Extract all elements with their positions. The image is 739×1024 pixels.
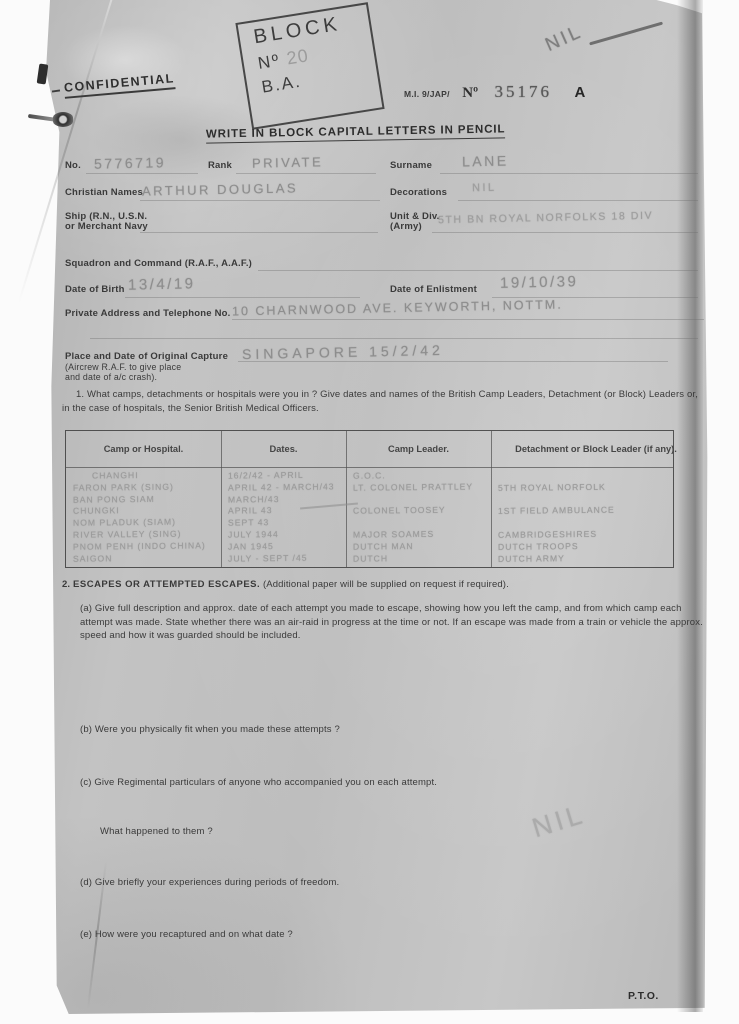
case-suffix: A <box>574 84 585 101</box>
mi9-label: M.I. 9/JAP/ <box>404 89 450 99</box>
rule-line <box>258 270 698 271</box>
rule-line <box>238 361 668 362</box>
question-2b-key: (b) <box>80 724 92 735</box>
table-header-dates: Dates. <box>221 431 346 467</box>
section-2-heading: 2. ESCAPES OR ATTEMPTED ESCAPES. (Additi… <box>62 578 707 592</box>
table-cell: DUTCH ARMY <box>491 552 673 566</box>
rule-line <box>140 200 380 201</box>
question-1-number: 1. <box>76 389 84 400</box>
field-label-squadron: Squadron and Command (R.A.F., A.A.F.) <box>65 258 252 269</box>
field-label-capture-3: and date of a/c crash). <box>65 372 157 382</box>
table-cell: LT. COLONEL PRATTLEY <box>346 481 491 494</box>
stamp-no-value-pencil: 20 <box>285 45 310 68</box>
question-2e-key: (e) <box>80 929 92 940</box>
binding-eyelet <box>52 112 74 127</box>
question-2c2-text: What happened to them ? <box>100 826 213 837</box>
question-2c2: What happened to them ? <box>100 825 213 839</box>
field-label-enlistment: Date of Enlistment <box>390 284 477 295</box>
field-value-surname: LANE <box>462 153 509 170</box>
table-cell: DUTCH MAN <box>346 540 491 553</box>
field-value-no: 5776719 <box>94 154 166 172</box>
rule-line <box>232 319 704 320</box>
table-column-leaders: G.O.C. LT. COLONEL PRATTLEY COLONEL TOOS… <box>346 470 491 564</box>
field-label-ship-2: or Merchant Navy <box>65 221 148 232</box>
table-cell: APRIL 42 - MARCH/43 <box>221 481 346 494</box>
question-2e: (e) How were you recaptured and on what … <box>80 928 293 942</box>
field-label-decorations: Decorations <box>390 187 447 198</box>
reference-number-line: M.I. 9/JAP/ Nº 35176 A <box>404 82 585 102</box>
question-2a: (a) Give full description and approx. da… <box>80 602 708 643</box>
field-value-decorations: NIL <box>472 182 497 195</box>
pto-footer: P.T.O. <box>628 990 659 1002</box>
table-cell: JULY 1944 <box>221 528 346 541</box>
question-2b-text: Were you physically fit when you made th… <box>95 724 340 735</box>
table-cell: 16/2/42 - APRIL <box>221 469 346 482</box>
table-cell: DUTCH <box>346 552 491 565</box>
question-2c-text: Give Regimental particulars of anyone wh… <box>94 777 437 788</box>
question-2c: (c) Give Regimental particulars of anyon… <box>80 776 437 790</box>
rule-line <box>86 173 198 174</box>
field-label-unit-2: (Army) <box>390 221 422 232</box>
question-2a-key: (a) <box>80 603 92 614</box>
stamp-no-label: Nº <box>256 51 281 73</box>
table-column-camps: CHANGHI FARON PARK (SING) BAN PONG SIAM … <box>66 470 221 564</box>
rule-line <box>140 232 378 233</box>
page-edge-shadow <box>677 0 703 1012</box>
case-number: 35176 <box>495 82 553 101</box>
field-label-no: No. <box>65 160 81 171</box>
section-2-note: (Additional paper will be supplied on re… <box>263 579 509 590</box>
table-cell: PNOM PENH (INDO CHINA) <box>66 540 221 553</box>
table-cell: FARON PARK (SING) <box>66 481 221 494</box>
camp-table: Camp or Hospital. Dates. Camp Leader. De… <box>65 430 674 568</box>
section-2-number: 2. <box>62 579 70 590</box>
rule-line <box>432 232 698 233</box>
table-cell: SAIGON <box>66 552 221 565</box>
field-label-christian-names: Christian Names <box>65 187 143 198</box>
field-value-rank: PRIVATE <box>252 154 324 170</box>
scanned-pow-questionnaire: CONFIDENTIAL BLOCK Nº 20 B.A. M.I. 9/JAP… <box>0 0 739 1024</box>
table-column-dates: 16/2/42 - APRIL APRIL 42 - MARCH/43 MARC… <box>221 470 346 564</box>
rule-line <box>440 173 698 174</box>
question-1-text: What camps, detachments or hospitals wer… <box>62 389 698 414</box>
field-label-dob: Date of Birth <box>65 284 125 295</box>
field-value-dob: 13/4/19 <box>128 275 196 293</box>
rule-line <box>125 297 360 298</box>
table-header-camp: Camp or Hospital. <box>66 431 221 467</box>
question-2b: (b) Were you physically fit when you mad… <box>80 723 340 737</box>
field-label-surname: Surname <box>390 160 432 171</box>
rule-line <box>90 338 698 339</box>
block-number-stamp: BLOCK Nº 20 B.A. <box>235 2 384 130</box>
table-cell: JAN 1945 <box>221 540 346 553</box>
question-2e-text: How were you recaptured and on what date… <box>95 929 293 940</box>
question-2d-key: (d) <box>80 877 92 888</box>
field-label-address: Private Address and Telephone No. <box>65 308 231 319</box>
question-2c-key: (c) <box>80 777 92 788</box>
table-column-detachments: 5TH ROYAL NORFOLK 1ST FIELD AMBULANCE CA… <box>491 470 673 564</box>
no-label: Nº <box>462 85 478 101</box>
field-label-capture-2: (Aircrew R.A.F. to give place <box>65 362 181 372</box>
field-value-enlistment: 19/10/39 <box>500 273 579 292</box>
table-cell: JULY - SEPT /45 <box>221 552 346 565</box>
table-header-detachment: Detachment or Block Leader (if any). <box>491 431 701 467</box>
question-2d-text: Give briefly your experiences during per… <box>95 877 339 888</box>
section-2-title: ESCAPES OR ATTEMPTED ESCAPES. <box>73 579 260 590</box>
rule-line <box>236 173 376 174</box>
table-header-leader: Camp Leader. <box>346 431 491 467</box>
field-label-rank: Rank <box>208 160 232 171</box>
table-header-divider <box>66 467 673 468</box>
field-label-capture-1: Place and Date of Original Capture <box>65 351 228 362</box>
question-2d: (d) Give briefly your experiences during… <box>80 876 339 890</box>
rule-line <box>458 200 698 201</box>
question-2a-text: Give full description and approx. date o… <box>80 603 703 641</box>
question-1: 1. What camps, detachments or hospitals … <box>62 388 707 415</box>
